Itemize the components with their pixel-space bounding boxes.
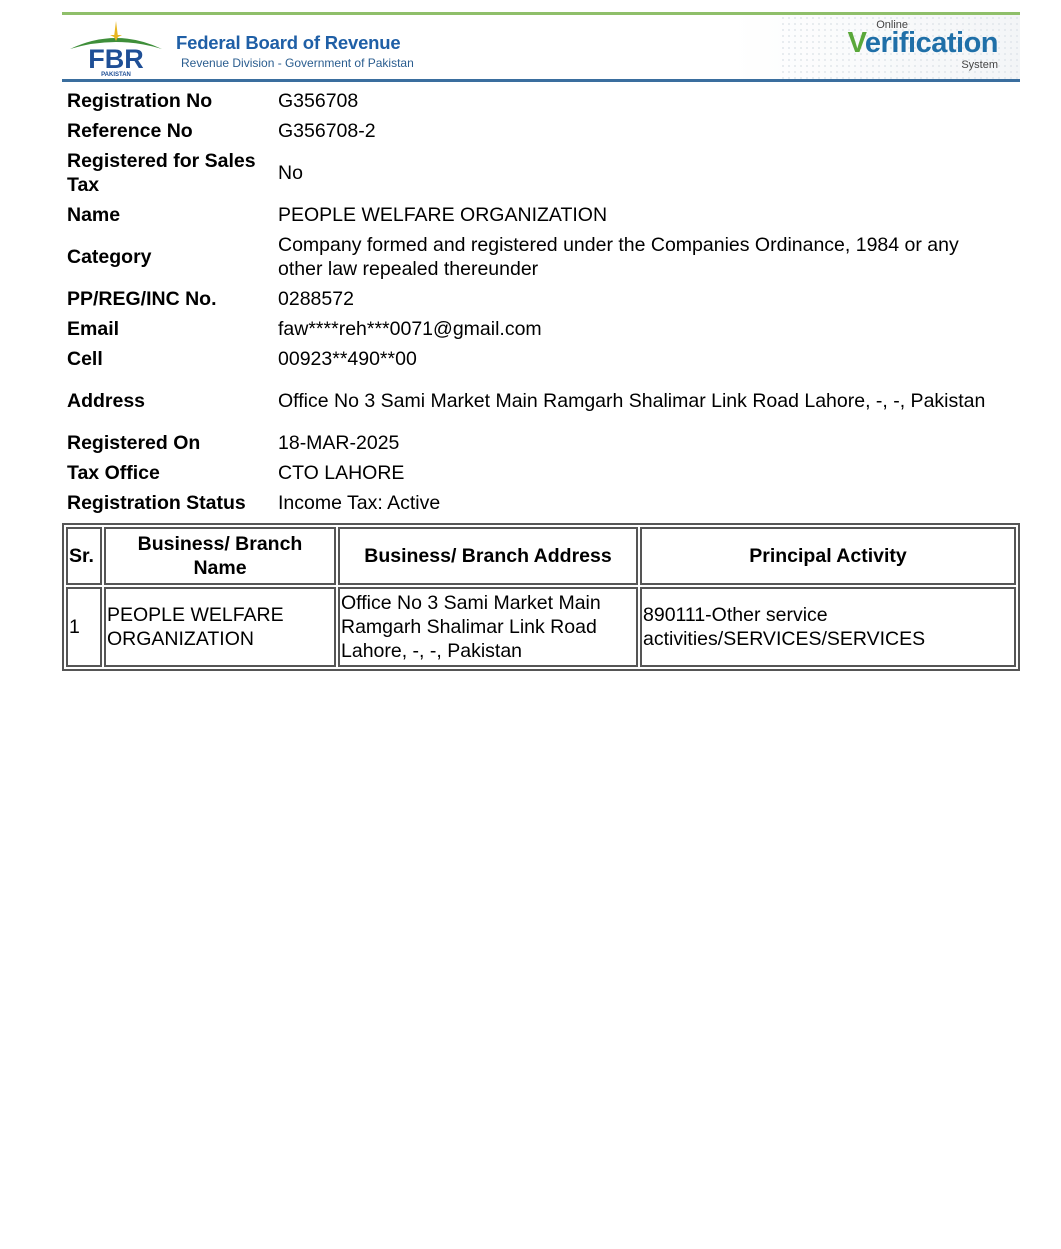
cell-branch-address: Office No 3 Sami Market Main Ramgarh Sha… <box>338 587 638 667</box>
field-label: Cell <box>62 347 273 371</box>
field-registered-for-sales-tax: Registered for Sales Tax No <box>62 146 1020 200</box>
field-reference-no: Reference No G356708-2 <box>62 116 1020 146</box>
org-title: Federal Board of Revenue <box>176 32 400 54</box>
checkmark-v-icon: V <box>848 27 865 59</box>
field-label: Tax Office <box>62 461 273 485</box>
field-name: Name PEOPLE WELFARE ORGANIZATION <box>62 200 1020 230</box>
field-cell: Cell 00923**490**00 <box>62 344 1020 374</box>
field-label: Email <box>62 317 273 341</box>
column-header-principal-activity: Principal Activity <box>640 527 1016 585</box>
field-label: PP/REG/INC No. <box>62 287 273 311</box>
branch-table: Sr. Business/ Branch Name Business/ Bran… <box>62 523 1020 671</box>
field-value: Income Tax: Active <box>273 491 1020 515</box>
field-value: No <box>263 161 1020 185</box>
field-registration-no: Registration No G356708 <box>62 86 1020 116</box>
field-value: PEOPLE WELFARE ORGANIZATION <box>273 203 1020 227</box>
cell-branch-name: PEOPLE WELFARE ORGANIZATION <box>104 587 336 667</box>
field-value: G356708 <box>273 89 1020 113</box>
field-label: Registered for Sales Tax <box>62 149 263 197</box>
field-label: Registration No <box>62 89 273 113</box>
field-label: Reference No <box>62 119 273 143</box>
field-value: G356708-2 <box>273 119 1020 143</box>
field-value: faw****reh***0071@gmail.com <box>273 317 1020 341</box>
field-value: CTO LAHORE <box>273 461 1020 485</box>
fbr-logo-icon: FBR PAKISTAN <box>66 19 166 77</box>
field-pp-reg-inc-no: PP/REG/INC No. 0288572 <box>62 284 1020 314</box>
cell-principal-activity: 890111-Other service activities/SERVICES… <box>640 587 1016 667</box>
verification-badge-logo: Verification <box>848 27 998 60</box>
column-header-sr: Sr. <box>66 527 102 585</box>
table-row: 1 PEOPLE WELFARE ORGANIZATION Office No … <box>66 587 1016 667</box>
header-banner: FBR PAKISTAN Federal Board of Revenue Re… <box>62 12 1020 82</box>
field-label: Category <box>62 245 273 269</box>
verification-page: FBR PAKISTAN Federal Board of Revenue Re… <box>62 12 1020 671</box>
svg-text:PAKISTAN: PAKISTAN <box>101 72 131 77</box>
field-label: Name <box>62 203 273 227</box>
field-value: 18-MAR-2025 <box>273 431 1020 455</box>
field-email: Email faw****reh***0071@gmail.com <box>62 314 1020 344</box>
fbr-logo-text: FBR <box>88 44 144 74</box>
field-value: Office No 3 Sami Market Main Ramgarh Sha… <box>273 389 1020 413</box>
field-category: Category Company formed and registered u… <box>62 230 1020 284</box>
field-value: 0288572 <box>273 287 1020 311</box>
cell-sr: 1 <box>66 587 102 667</box>
column-header-branch-name: Business/ Branch Name <box>104 527 336 585</box>
table-header-row: Sr. Business/ Branch Name Business/ Bran… <box>66 527 1016 585</box>
field-value: 00923**490**00 <box>273 347 1020 371</box>
field-tax-office: Tax Office CTO LAHORE <box>62 458 1020 488</box>
org-subtitle: Revenue Division - Government of Pakista… <box>181 56 414 70</box>
field-label: Registration Status <box>62 491 273 515</box>
field-registered-on: Registered On 18-MAR-2025 <box>62 428 1020 458</box>
field-registration-status: Registration Status Income Tax: Active <box>62 488 1020 518</box>
field-label: Address <box>62 389 273 413</box>
registration-details: Registration No G356708 Reference No G35… <box>62 86 1020 518</box>
field-label: Registered On <box>62 431 273 455</box>
field-value: Company formed and registered under the … <box>273 233 1020 281</box>
verification-badge-bottom: System <box>961 59 998 71</box>
field-address: Address Office No 3 Sami Market Main Ram… <box>62 374 1020 428</box>
column-header-branch-address: Business/ Branch Address <box>338 527 638 585</box>
